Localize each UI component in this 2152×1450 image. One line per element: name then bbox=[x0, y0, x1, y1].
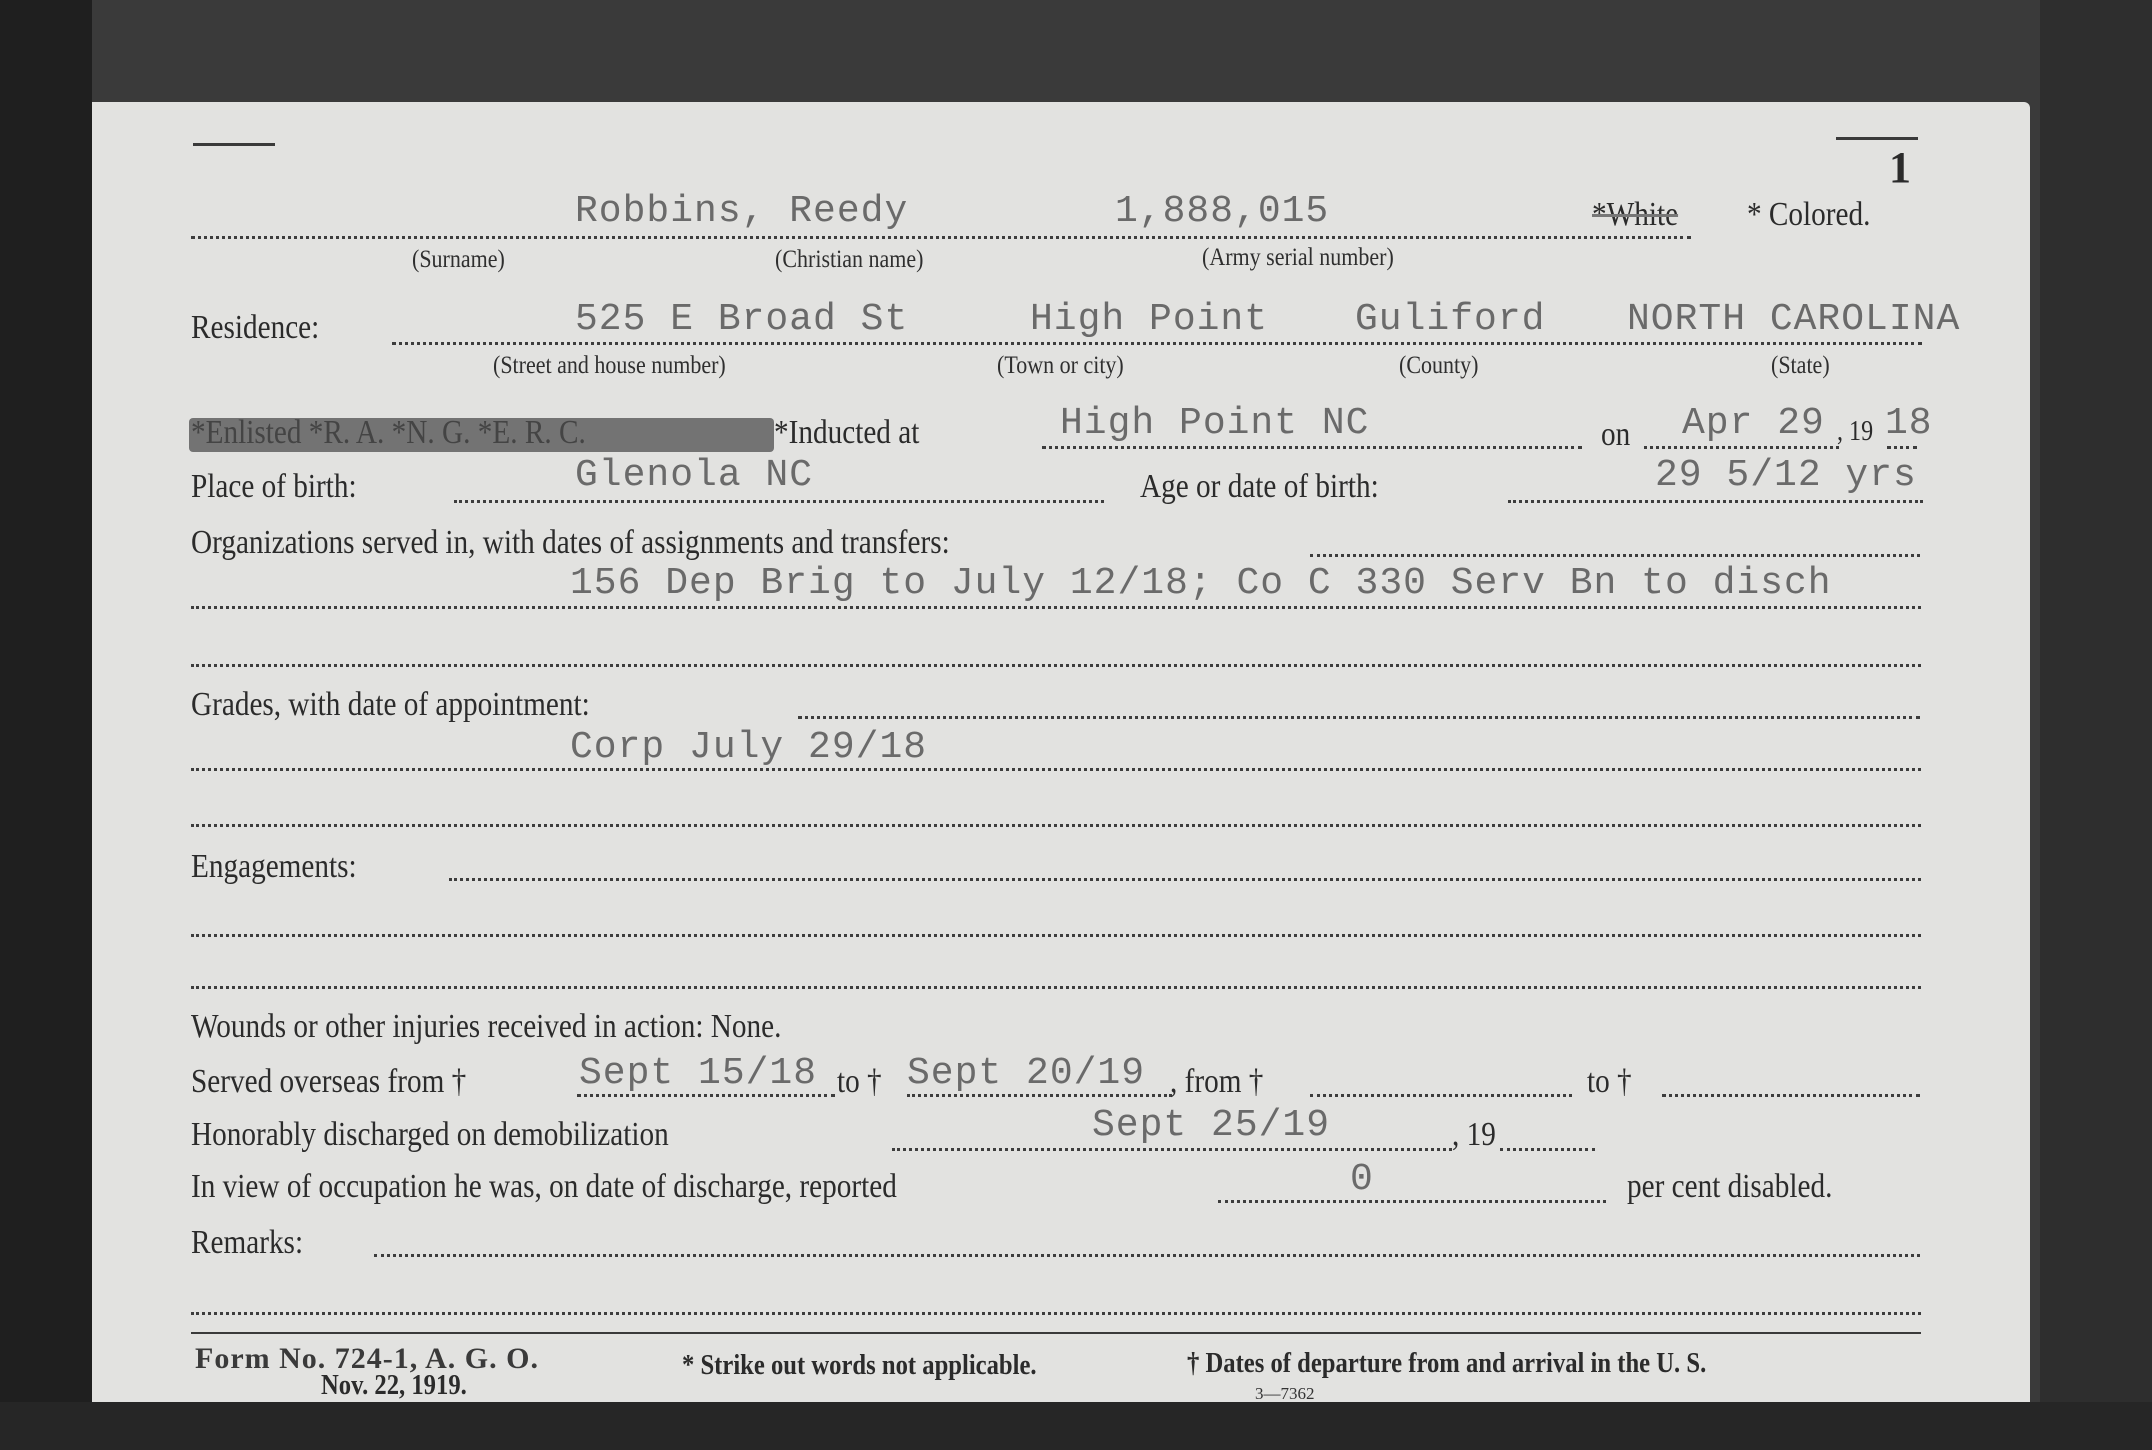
induction-date-line bbox=[1644, 446, 1839, 449]
grades-line-1 bbox=[798, 716, 1920, 719]
form-date: Nov. 22, 1919. bbox=[321, 1370, 467, 1402]
overseas-from-value: Sept 15/18 bbox=[579, 1052, 817, 1095]
serial-value: 1,888,015 bbox=[1115, 190, 1329, 233]
discharge-value: Sept 25/19 bbox=[1092, 1104, 1330, 1147]
inducted-line bbox=[1042, 446, 1582, 449]
year-line bbox=[1887, 446, 1917, 449]
discharge-label: Honorably discharged on demobilization bbox=[191, 1116, 669, 1154]
overseas-label: Served overseas from † bbox=[191, 1063, 466, 1101]
year-prefix: , 19 bbox=[1837, 416, 1873, 448]
overseas-to-value: Sept 20/19 bbox=[907, 1052, 1145, 1095]
print-code: 3—7362 bbox=[1255, 1384, 1315, 1404]
dates-note: † Dates of departure from and arrival in… bbox=[1187, 1348, 1706, 1380]
remarks-line-1 bbox=[374, 1254, 1920, 1257]
street-caption: (Street and house number) bbox=[493, 352, 726, 380]
service-record-card: 1 Robbins, Reedy 1,888,015 *White * Colo… bbox=[92, 102, 2030, 1402]
county-caption: (County) bbox=[1399, 352, 1478, 380]
remarks-label: Remarks: bbox=[191, 1224, 303, 1262]
age-label: Age or date of birth: bbox=[1140, 468, 1379, 506]
state-caption: (State) bbox=[1771, 352, 1830, 380]
discharge-year-line bbox=[1500, 1148, 1595, 1151]
discharge-line bbox=[892, 1148, 1452, 1151]
wounds-label: Wounds or other injuries received in act… bbox=[191, 1008, 781, 1046]
remarks-line-2 bbox=[191, 1312, 1921, 1315]
organizations-line-2 bbox=[191, 606, 1921, 609]
discharge-year-label: , 19 bbox=[1452, 1116, 1496, 1154]
disability-label: In view of occupation he was, on date of… bbox=[191, 1168, 897, 1206]
residence-town: High Point bbox=[1030, 298, 1268, 341]
residence-state: NORTH CAROLINA bbox=[1627, 298, 1960, 341]
place-of-birth-line bbox=[454, 500, 1104, 503]
engagements-line-1 bbox=[449, 878, 1921, 881]
name-line bbox=[191, 236, 1691, 239]
organizations-line-3 bbox=[191, 664, 1921, 667]
background-left bbox=[0, 0, 92, 1450]
race-white-struck: *White bbox=[1592, 196, 1678, 234]
christian-name-caption: (Christian name) bbox=[775, 246, 923, 274]
age-value: 29 5/12 yrs bbox=[1655, 454, 1917, 497]
engagements-label: Engagements: bbox=[191, 848, 357, 886]
disability-line bbox=[1218, 1200, 1606, 1203]
overseas-to-label: to † bbox=[837, 1063, 882, 1101]
induction-year: 18 bbox=[1885, 402, 1933, 445]
disability-suffix: per cent disabled. bbox=[1627, 1168, 1832, 1206]
overseas-from2-line bbox=[1310, 1094, 1572, 1097]
induction-date: Apr 29 bbox=[1682, 402, 1825, 445]
grades-line-3 bbox=[191, 824, 1921, 827]
inducted-label: *Inducted at bbox=[774, 414, 919, 452]
engagements-line-3 bbox=[191, 986, 1921, 989]
top-left-rule bbox=[193, 143, 275, 146]
page-number: 1 bbox=[1889, 142, 1911, 193]
surname-caption: (Surname) bbox=[412, 246, 505, 274]
age-line bbox=[1508, 500, 1923, 503]
serial-caption: (Army serial number) bbox=[1202, 244, 1394, 272]
grades-line-2 bbox=[191, 768, 1921, 771]
residence-label: Residence: bbox=[191, 309, 319, 347]
residence-line bbox=[392, 342, 1922, 345]
background-bottom bbox=[0, 1402, 2152, 1450]
organizations-label: Organizations served in, with dates of a… bbox=[191, 524, 950, 562]
grades-value: Corp July 29/18 bbox=[570, 726, 927, 769]
overseas-to2-line bbox=[1662, 1094, 1920, 1097]
inducted-place: High Point NC bbox=[1060, 402, 1369, 445]
residence-county: Guliford bbox=[1355, 298, 1545, 341]
overseas-from2-label: , from † bbox=[1170, 1063, 1263, 1101]
on-label: on bbox=[1601, 416, 1630, 454]
enlisted-options-struck: *Enlisted *R. A. *N. G. *E. R. C. bbox=[191, 414, 586, 452]
race-colored: * Colored. bbox=[1747, 196, 1870, 234]
strike-note: * Strike out words not applicable. bbox=[682, 1350, 1037, 1382]
place-of-birth-value: Glenola NC bbox=[575, 454, 813, 497]
organizations-value: 156 Dep Brig to July 12/18; Co C 330 Ser… bbox=[570, 562, 1832, 605]
engagements-line-2 bbox=[191, 934, 1921, 937]
name-value: Robbins, Reedy bbox=[575, 190, 908, 233]
town-caption: (Town or city) bbox=[997, 352, 1124, 380]
footer-rule bbox=[191, 1332, 1921, 1334]
overseas-to2-label: to † bbox=[1587, 1063, 1632, 1101]
top-right-rule bbox=[1836, 137, 1918, 140]
background-right bbox=[2040, 0, 2152, 1450]
residence-street: 525 E Broad St bbox=[575, 298, 908, 341]
place-of-birth-label: Place of birth: bbox=[191, 468, 357, 506]
organizations-line-1 bbox=[1310, 554, 1920, 557]
grades-label: Grades, with date of appointment: bbox=[191, 686, 590, 724]
disability-value: 0 bbox=[1350, 1158, 1374, 1201]
